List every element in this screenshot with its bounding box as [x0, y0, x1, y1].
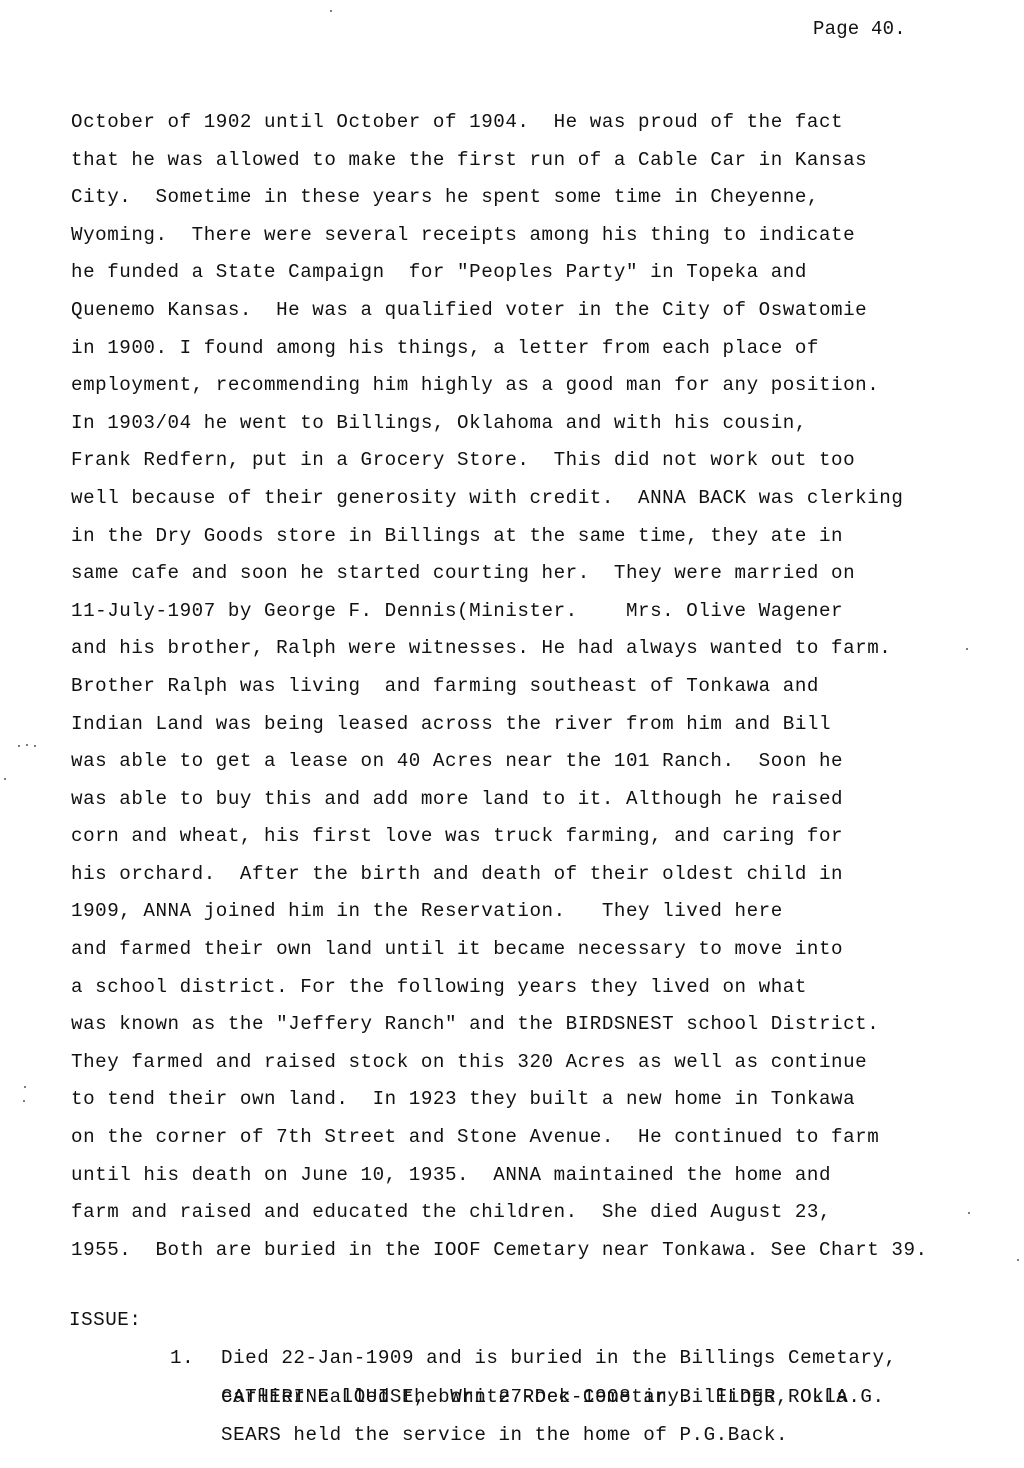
text-line: until his death on June 10, 1935. ANNA m…	[71, 1157, 928, 1195]
text-line: he funded a State Campaign for "Peoples …	[71, 254, 928, 292]
text-line: Quenemo Kansas. He was a qualified voter…	[71, 292, 928, 330]
text-line: was able to get a lease on 40 Acres near…	[71, 743, 928, 781]
scan-speck	[968, 1212, 970, 1214]
issue-continuation: earlier called the White Rock Cemetary. …	[69, 1339, 969, 1378]
text-line: same cafe and soon he started courting h…	[71, 555, 928, 593]
issue-entry: ISSUE: 1. CATHERINE LOUISE, born 27-Dec-…	[69, 1262, 969, 1301]
text-line: farm and raised and educated the childre…	[71, 1194, 928, 1232]
text-line: Wyoming. There were several receipts amo…	[71, 217, 928, 255]
page-number: Page 40.	[813, 18, 906, 40]
text-line: in the Dry Goods store in Billings at th…	[71, 518, 928, 556]
scan-speck	[34, 745, 36, 747]
text-line: and his brother, Ralph were witnesses. H…	[71, 630, 928, 668]
scan-speck	[712, 1429, 714, 1431]
text-line: on the corner of 7th Street and Stone Av…	[71, 1119, 928, 1157]
text-line: was able to buy this and add more land t…	[71, 781, 928, 819]
document-page: Page 40. October of 1902 until October o…	[0, 0, 1024, 1468]
scan-speck	[24, 1086, 26, 1088]
scan-speck	[330, 10, 332, 12]
text-line: well because of their generosity with cr…	[71, 480, 928, 518]
scan-speck	[966, 648, 968, 650]
scan-speck	[26, 744, 28, 746]
scan-speck	[4, 778, 6, 780]
scan-speck	[1017, 1259, 1019, 1261]
issue-section: ISSUE: 1. CATHERINE LOUISE, born 27-Dec-…	[69, 1262, 969, 1416]
text-line: October of 1902 until October of 1904. H…	[71, 104, 928, 142]
text-line: employment, recommending him highly as a…	[71, 367, 928, 405]
text-line: 1909, ANNA joined him in the Reservation…	[71, 893, 928, 931]
scan-speck	[23, 1100, 25, 1102]
text-line: in 1900. I found among his things, a let…	[71, 330, 928, 368]
body-paragraph: October of 1902 until October of 1904. H…	[71, 104, 928, 1269]
issue-continuation: Died 22-Jan-1909 and is buried in the Bi…	[69, 1301, 969, 1340]
issue-continuation: SEARS held the service in the home of P.…	[69, 1378, 969, 1417]
text-line: a school district. For the following yea…	[71, 969, 928, 1007]
text-line: Frank Redfern, put in a Grocery Store. T…	[71, 442, 928, 480]
text-line: Brother Ralph was living and farming sou…	[71, 668, 928, 706]
text-line: In 1903/04 he went to Billings, Oklahoma…	[71, 405, 928, 443]
text-line: 11-July-1907 by George F. Dennis(Ministe…	[71, 593, 928, 631]
text-line: his orchard. After the birth and death o…	[71, 856, 928, 894]
text-line: and farmed their own land until it becam…	[71, 931, 928, 969]
issue-text-line: SEARS held the service in the home of P.…	[221, 1416, 788, 1455]
text-line: corn and wheat, his first love was truck…	[71, 818, 928, 856]
text-line: Indian Land was being leased across the …	[71, 706, 928, 744]
text-line: was known as the "Jeffery Ranch" and the…	[71, 1006, 928, 1044]
scan-speck	[18, 745, 20, 747]
text-line: that he was allowed to make the first ru…	[71, 142, 928, 180]
text-line: City. Sometime in these years he spent s…	[71, 179, 928, 217]
text-line: to tend their own land. In 1923 they bui…	[71, 1081, 928, 1119]
text-line: They farmed and raised stock on this 320…	[71, 1044, 928, 1082]
